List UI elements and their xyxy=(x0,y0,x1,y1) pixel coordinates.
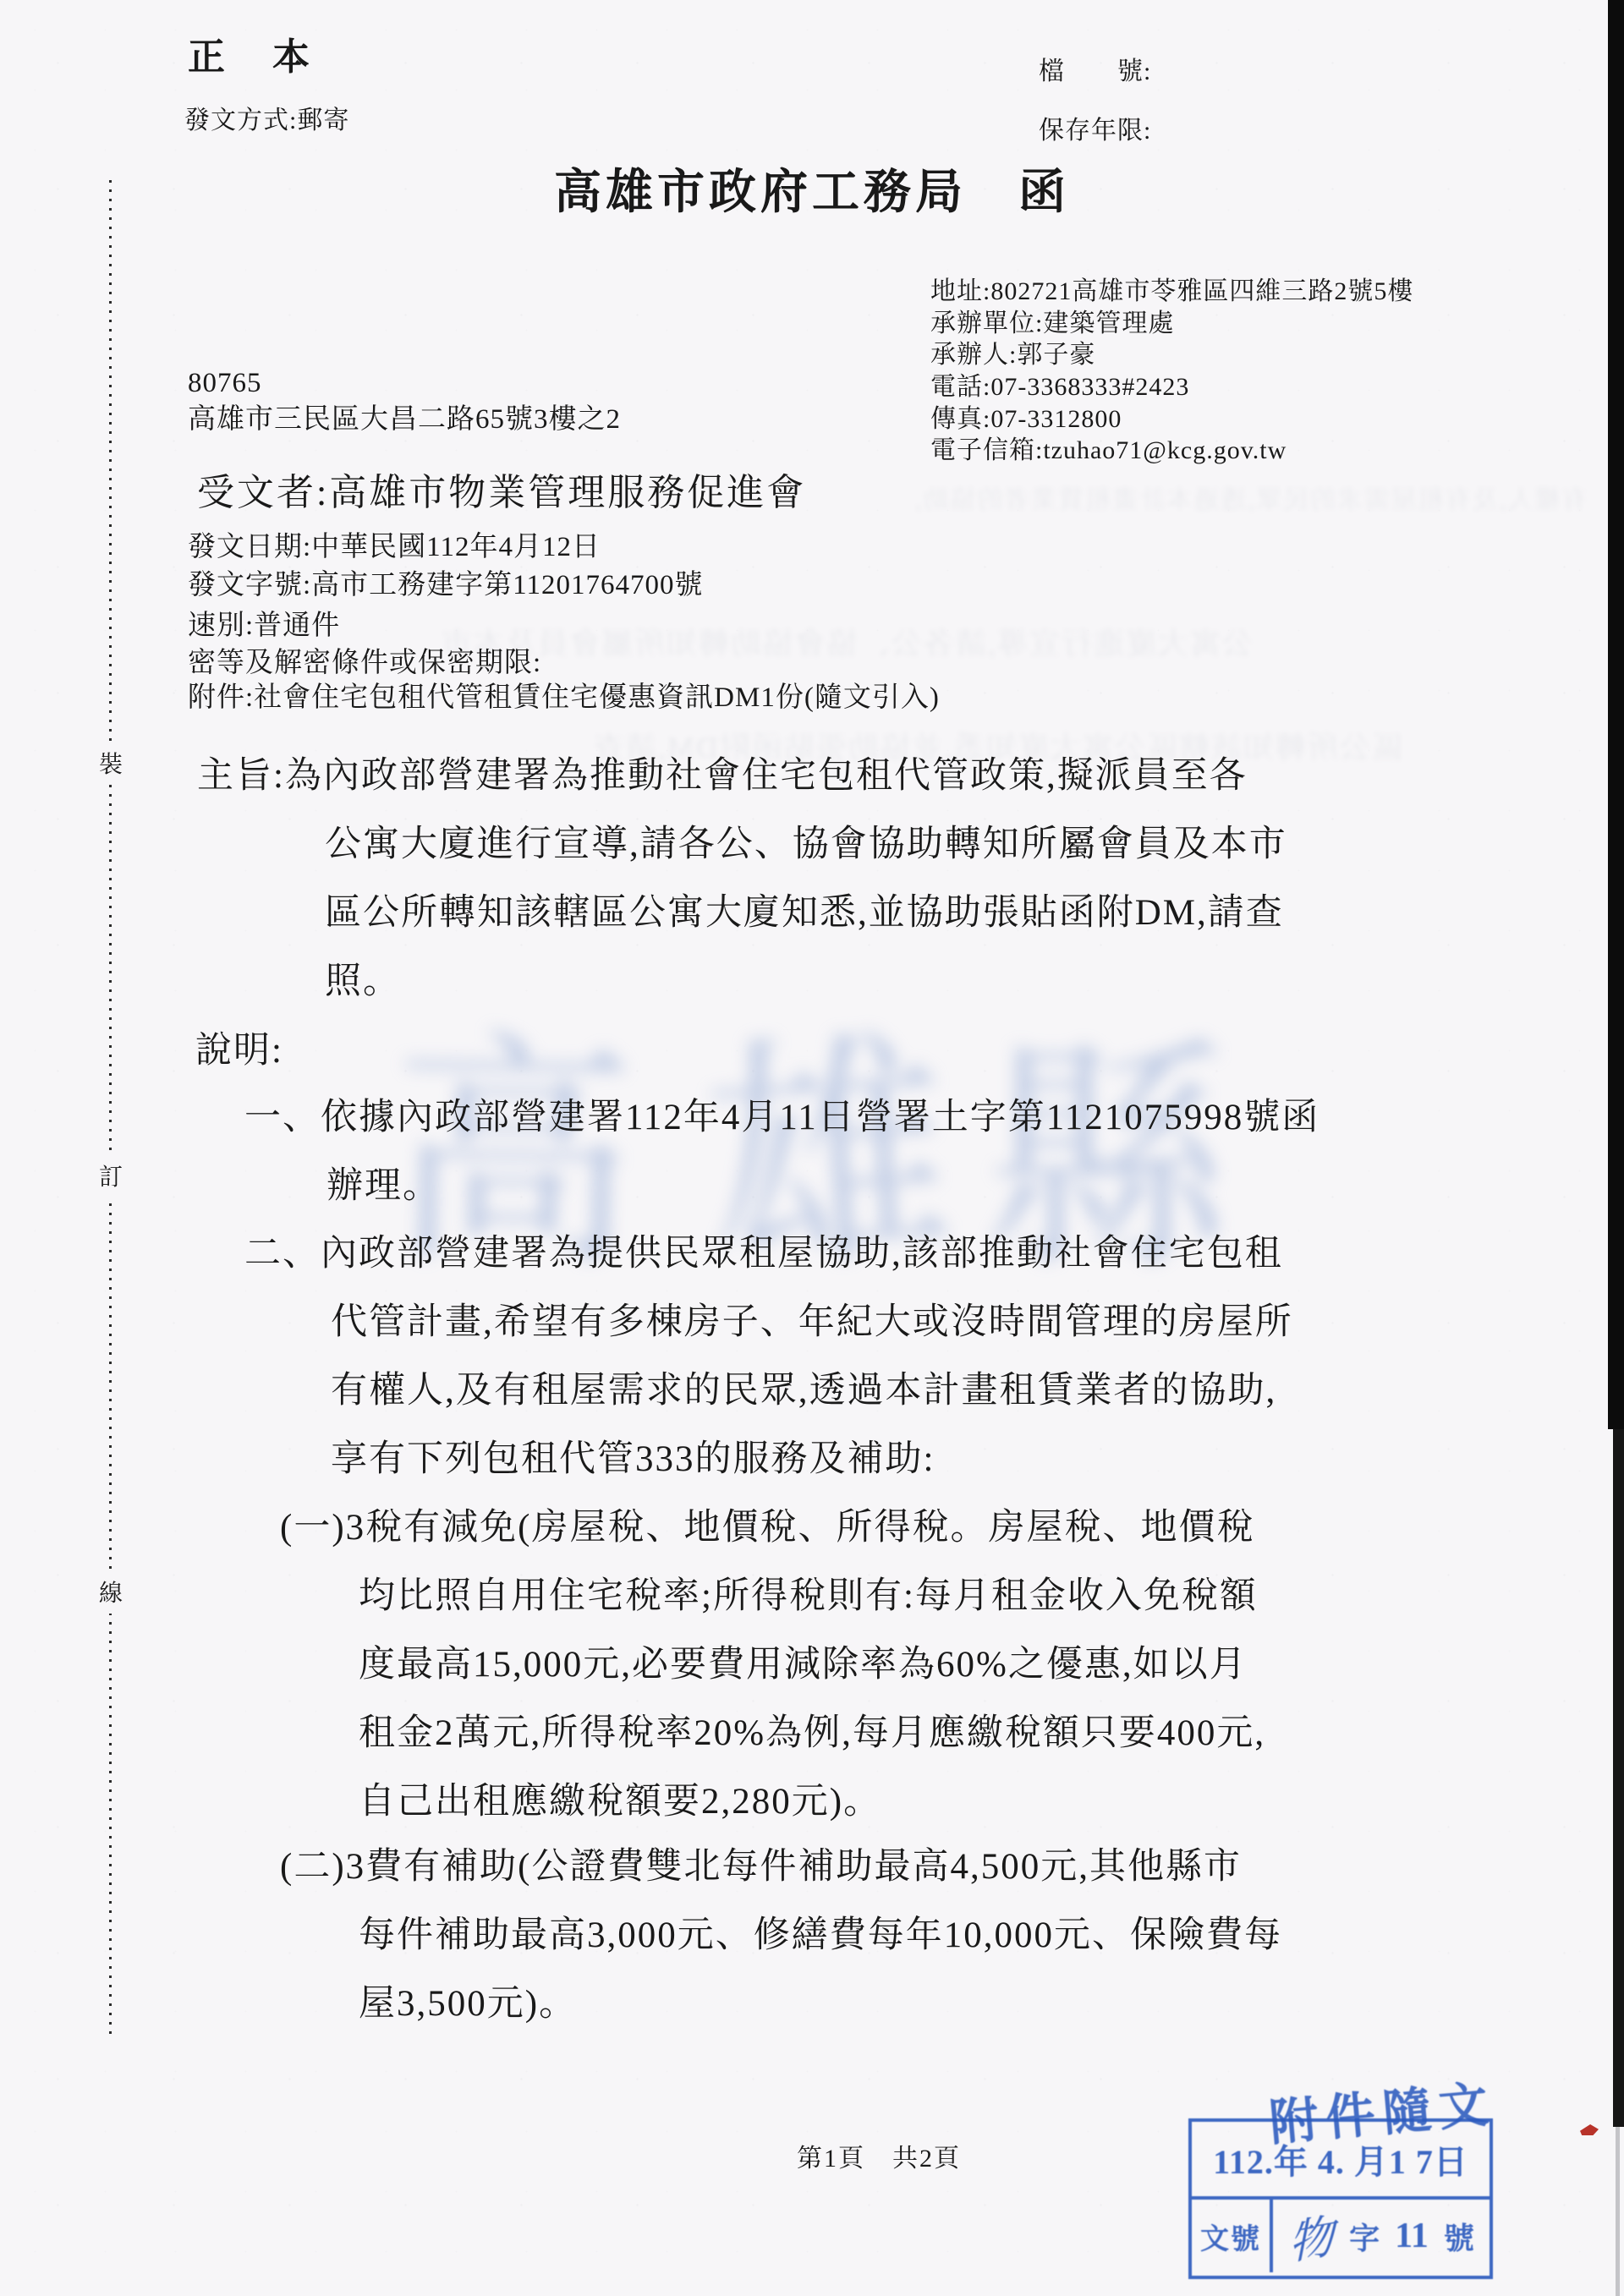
copy-type-label: 正 本 xyxy=(188,39,315,76)
bleedthrough-ghost: 公寓大廈進行宣導,請各公、協會協助轉知所屬會員及本市 xyxy=(440,620,1253,663)
subject-line: 區公所轉知該轄區公寓大廈知悉,並協助張貼函附DM,請查 xyxy=(325,895,1284,931)
subject-line: 照。 xyxy=(325,963,401,1000)
explanation-item2-line: 享有下列包租代管333的服務及補助: xyxy=(331,1441,935,1477)
handwritten-character: 物 xyxy=(1287,2199,1335,2272)
agency-unit: 承辦單位:建築管理處 xyxy=(930,311,1174,337)
agency-fax: 傳真:07-3312800 xyxy=(930,407,1122,432)
explanation-sub1-line: 租金2萬元,所得稅率20%為例,每月應繳稅額只要400元, xyxy=(359,1715,1265,1751)
explanation-item2-line: 代管計畫,希望有多棟房子、年紀大或沒時間管理的房屋所 xyxy=(331,1304,1293,1340)
binding-label-ding: 訂 xyxy=(98,1153,123,1197)
explanation-item2-line: 二、內政部營建署為提供民眾租屋協助,該部推動社會住宅包租 xyxy=(244,1236,1283,1272)
security-class: 密等及解密條件或保密期限: xyxy=(188,649,541,677)
stamp-number: 11 xyxy=(1395,2216,1429,2256)
explanation-item2-line: 有權人,及有租屋需求的民眾,透過本計畫租賃業者的協助, xyxy=(331,1373,1276,1409)
subject-line: 公寓大廈進行宣導,請各公、協會協助轉知所屬會員及本市 xyxy=(325,826,1287,863)
retention-period-label: 保存年限: xyxy=(1039,118,1151,144)
received-stamp-number-row: 文號 物 字 11 號 xyxy=(1192,2200,1490,2272)
scanned-official-letter-page: 高 雄 縣 公寓大廈進行宣導,請各公、協會協助轉知所屬會員及本市 區公所轉知該轄… xyxy=(0,0,1624,2296)
scan-edge-artifact xyxy=(1613,1429,1624,2127)
binding-label-xian: 線 xyxy=(98,1570,123,1614)
explanation-sub1-line: 均比照自用住宅稅率;所得稅則有:每月租金收入免稅額 xyxy=(359,1578,1258,1614)
explanation-sub1-line: 度最高15,000元,必要費用減除率為60%之優惠,如以月 xyxy=(359,1647,1248,1683)
explanation-sub2-line: (二)3費有補助(公證費雙北每件補助最高4,500元,其他縣市 xyxy=(280,1849,1242,1885)
explanation-sub1-line: (一)3稅有減免(房屋稅、地價稅、所得稅。房屋稅、地價稅 xyxy=(280,1510,1254,1546)
explanation-item1-line: 辦理。 xyxy=(326,1168,441,1204)
issue-number: 發文字號:高市工務建字第11201764700號 xyxy=(188,572,703,600)
explanation-label: 說明: xyxy=(195,1033,283,1069)
recipient-address: 高雄市三民區大昌二路65號3樓之2 xyxy=(188,406,621,434)
received-stamp-docno-label: 文號 xyxy=(1192,2200,1273,2272)
page-number: 第1頁 共2頁 xyxy=(797,2146,961,2172)
subject-line: 主旨:為內政部營建署為推動社會住宅包租代管政策,擬派員至各 xyxy=(197,758,1248,794)
speed-class: 速別:普通件 xyxy=(188,612,340,640)
explanation-sub1-line: 自己出租應繳稅額要2,280元)。 xyxy=(359,1784,881,1820)
explanation-sub2-line: 每件補助最高3,000元、修繕費每年10,000元、保險費每 xyxy=(359,1917,1282,1954)
page-title: 高雄市政府工務局 函 xyxy=(554,169,1070,216)
stamp-word-hao: 號 xyxy=(1444,2215,1474,2258)
issue-date: 發文日期:中華民國112年4月12日 xyxy=(188,534,601,562)
recipient-zip: 80765 xyxy=(188,370,262,397)
scan-edge-artifact xyxy=(1608,0,1624,1429)
binding-dotted-line xyxy=(109,180,112,2034)
agency-address: 地址:802721高雄市苓雅區四維三路2號5樓 xyxy=(930,279,1413,304)
agency-person: 承辦人:郭子豪 xyxy=(930,342,1095,368)
explanation-item1-line: 一、依據內政部營建署112年4月11日營署土字第1121075998號函 xyxy=(244,1099,1319,1136)
binding-label-zhuang: 裝 xyxy=(98,741,123,785)
faded-blue-seal-stamp: 高 雄 縣 xyxy=(358,890,1426,1265)
scan-edge-artifact xyxy=(1616,2127,1620,2296)
recipient-line: 受文者:高雄市物業管理服務促進會 xyxy=(197,474,806,512)
delivery-method: 發文方式:郵寄 xyxy=(184,108,349,134)
red-ink-mark xyxy=(1580,2124,1599,2135)
agency-phone: 電話:07-3368333#2423 xyxy=(930,375,1189,400)
attachment-line: 附件:社會住宅包租代管租賃住宅優惠資訊DM1份(隨文引入) xyxy=(188,684,940,712)
received-stamp-docno-value: 物 字 11 號 xyxy=(1273,2200,1490,2272)
file-number-label: 檔 號: xyxy=(1039,59,1151,85)
agency-email: 電子信箱:tzuhao71@kcg.gov.tw xyxy=(930,438,1287,463)
bleedthrough-ghost: 有權人,及有租屋需求的民眾,透過本計畫租賃業者的協助, xyxy=(913,479,1588,516)
explanation-sub2-line: 屋3,500元)。 xyxy=(359,1986,577,2022)
stamp-word-zi: 字 xyxy=(1349,2215,1380,2258)
